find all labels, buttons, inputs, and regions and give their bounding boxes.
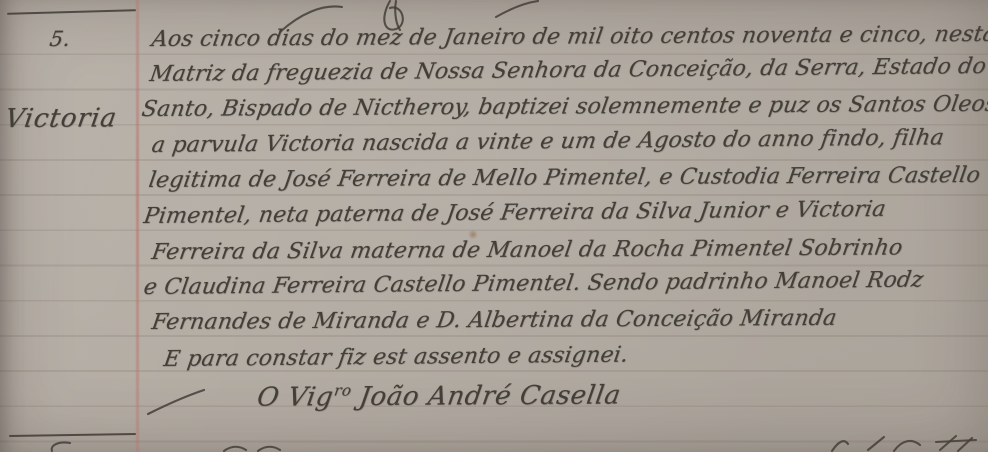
next-entry-number-fragment [46,441,76,452]
record-line: Santo, Bispado de Nictheroy, baptizei so… [140,92,988,122]
next-entry-stroke-fragment-right [828,436,978,452]
record-line: a parvula Victoria nascida a vinte e um … [150,125,946,158]
record-number: 5. [48,27,72,51]
signature-prefix: O Vig [255,382,335,412]
signature-name: João André Casella [348,380,622,412]
record-line: E para constar fiz est assento e assigne… [162,343,630,372]
record-line: Matriz da freguezia de Nossa Senhora da … [148,53,988,87]
register-page-scan: 5. Victoria Aos cinco dias do mez de Jan… [0,0,988,452]
record-separator-bottom [9,433,136,437]
margin-rule-line [136,0,139,452]
record-line: Fernandes de Miranda e D. Albertina da C… [150,306,838,335]
record-separator-top [7,9,136,15]
priest-signature: O Vigro João André Casella [255,380,623,413]
record-line: e Claudina Ferreira Castello Pimentel. S… [142,268,925,300]
record-line: Ferreira da Silva materna de Manoel da R… [150,235,904,265]
record-margin-name: Victoria [3,103,119,134]
signature-flourish-stroke [146,388,206,416]
record-line: legitima de José Ferreira de Mello Pimen… [147,163,982,193]
next-entry-stroke-fragment-left [222,444,282,452]
record-line: Pimentel, neta paterna de José Ferreira … [142,197,887,229]
record-line: Aos cinco dias do mez de Janeiro de mil … [150,21,988,52]
